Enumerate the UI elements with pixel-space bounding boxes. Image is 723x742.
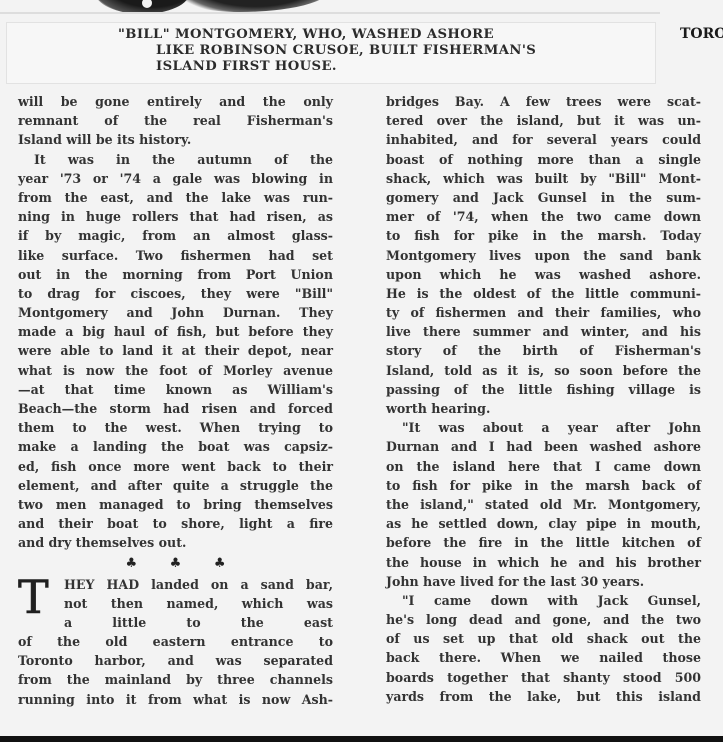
text-line: them to the west. When trying to <box>18 418 333 437</box>
text-line: It was in the autumn of the <box>18 150 333 169</box>
text-line: the house in which he and his brother <box>386 553 701 572</box>
text-line: boast of nothing more than a single <box>386 150 701 169</box>
text-line: to drag for ciscoes, they were "Bill" <box>18 284 333 303</box>
section-ornament: ♣ ♣ ♣ <box>18 553 333 575</box>
text-line: live there summer and winter, and his <box>386 322 701 341</box>
text-line: Durnan and I had been washed ashore <box>386 437 701 456</box>
text-line: remnant of the real Fisherman's <box>18 111 333 130</box>
text-line: He is the oldest of the little communi- <box>386 284 701 303</box>
text-line: element, and after quite a struggle the <box>18 476 333 495</box>
text-line: a little to the east <box>18 613 333 632</box>
text-line: on the island here that I came down <box>386 457 701 476</box>
caption-line: "BILL" MONTGOMERY, WHO, WASHED ASHORE <box>118 27 638 43</box>
text-line: Montgomery and John Durnan. They <box>18 303 333 322</box>
text-line: as he settled down, clay pipe in mouth, <box>386 514 701 533</box>
text-line: bridges Bay. A few trees were scat- <box>386 92 701 111</box>
text-line: from the east, and the lake was run- <box>18 188 333 207</box>
text-line: "I came down with Jack Gunsel, <box>386 591 701 610</box>
text-line: and dry themselves out. <box>18 533 333 552</box>
text-line: before the fire in the little kitchen of <box>386 533 701 552</box>
text-line: running into it from what is now Ash- <box>18 690 333 709</box>
text-line: ty of fishermen and their families, who <box>386 303 701 322</box>
text-line: two men managed to bring themselves <box>18 495 333 514</box>
article-column-right: bridges Bay. A few trees were scat- tere… <box>386 92 701 706</box>
text-line: of us set up that old shack out the <box>386 629 701 648</box>
bottom-rule <box>0 736 723 742</box>
text-line: mer of '74, when the two came down <box>386 207 701 226</box>
text-line: of the old eastern entrance to <box>18 632 333 651</box>
text-line: upon which he was washed ashore. <box>386 265 701 284</box>
text-line: the island," stated old Mr. Montgomery, <box>386 495 701 514</box>
text-line: year '73 or '74 a gale was blowing in <box>18 169 333 188</box>
text-line: inhabited, and for several years could <box>386 130 701 149</box>
drop-cap: T <box>18 575 49 619</box>
text-line: from the mainland by three channels <box>18 670 333 689</box>
text-line: Island will be its history. <box>18 130 333 149</box>
article-column-left: will be gone entirely and the only remna… <box>18 92 333 709</box>
text-line: "It was about a year after John <box>386 418 701 437</box>
text-line: Beach—the storm had risen and forced <box>18 399 333 418</box>
caption-line: LIKE ROBINSON CRUSOE, BUILT FISHERMAN'S <box>118 43 638 59</box>
divider <box>0 12 660 14</box>
section-opening: T HEY HAD landed on a sand bar, not then… <box>18 575 333 709</box>
text-line: ning in huge rollers that had risen, as <box>18 207 333 226</box>
photo-fragment <box>180 0 330 12</box>
text-line: shack, which was built by "Bill" Mont- <box>386 169 701 188</box>
text-line: Montgomery lives upon the sand bank <box>386 246 701 265</box>
text-line: back there. When we nailed those <box>386 648 701 667</box>
text-line: passing of the little fishing village is <box>386 380 701 399</box>
text-line: tered over the island, but it was un- <box>386 111 701 130</box>
text-line: what is now the foot of Morley avenue <box>18 361 333 380</box>
text-line: were able to land it at their depot, nea… <box>18 341 333 360</box>
text-line: Island, told as it is, so soon before th… <box>386 361 701 380</box>
text-line: story of the birth of Fisherman's <box>386 341 701 360</box>
text-line: gomery and Jack Gunsel in the sum- <box>386 188 701 207</box>
text-line: and their boat to shore, light a fire <box>18 514 333 533</box>
text-line: boards together that shanty stood 500 <box>386 668 701 687</box>
text-line: to fish for pike in the marsh. Today <box>386 226 701 245</box>
text-line: if by magic, from an almost glass- <box>18 226 333 245</box>
text-line: make a landing the boat was capsiz- <box>18 437 333 456</box>
text-line: —at that time known as William's <box>18 380 333 399</box>
caption-line: ISLAND FIRST HOUSE. <box>118 59 638 75</box>
text-line: Toronto harbor, and was separated <box>18 651 333 670</box>
text-line: worth hearing. <box>386 399 701 418</box>
text-line: to fish for pike in the marsh back of <box>386 476 701 495</box>
text-line: will be gone entirely and the only <box>18 92 333 111</box>
text-line: yards from the lake, but this island <box>386 687 701 706</box>
adjacent-headline: TORO <box>680 26 723 42</box>
text-line: like surface. Two fishermen had set <box>18 246 333 265</box>
text-line: out in the morning from Port Union <box>18 265 333 284</box>
text-line: he's long dead and gone, and the two <box>386 610 701 629</box>
text-line: HEY HAD landed on a sand bar, <box>18 575 333 594</box>
text-line: made a big haul of fish, but before they <box>18 322 333 341</box>
text-line: ed, fish once more went back to their <box>18 457 333 476</box>
text-line: John have lived for the last 30 years. <box>386 572 701 591</box>
photo-caption: "BILL" MONTGOMERY, WHO, WASHED ASHORE LI… <box>118 27 638 75</box>
text-line: not then named, which was <box>18 594 333 613</box>
